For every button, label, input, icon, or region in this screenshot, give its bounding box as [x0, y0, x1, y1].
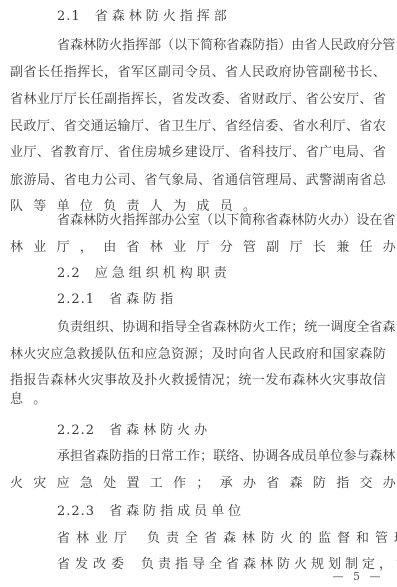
section-heading-2-2-1: 2.2.1省森防指: [57, 290, 386, 310]
paragraph-line: 旅游局、省电力公司、省气象局、省通信管理局、武警湖南省总: [10, 171, 386, 191]
paragraph-line: 火灾应急处置工作；承办省森防指交办的其他事项。: [10, 474, 386, 494]
section-title: 应急组织机构职责: [95, 266, 231, 281]
member-unit: 省发改委: [57, 557, 129, 572]
paragraph-line: 副省长任指挥长，省军区副司令员、省人民政府协管副秘书长、: [10, 63, 386, 83]
section-heading-2-1: 2.1省森林防火指挥部: [57, 7, 386, 27]
section-title: 省森防指成员单位: [109, 504, 245, 519]
section-number: 2.2.2: [57, 421, 95, 441]
paragraph-line: 息。: [10, 390, 386, 410]
paragraph-line: 林火灾应急救援队伍和应急资源；及时向省人民政府和国家森防: [10, 345, 386, 365]
paragraph-line: 负责组织、协调和指导全省森林防火工作；统一调度全省森: [57, 318, 386, 338]
paragraph-line: 省森林防火指挥部（以下简称省森防指）由省人民政府分管: [57, 36, 386, 56]
section-number: 2.2.1: [57, 290, 95, 310]
section-number: 2.2: [57, 264, 81, 284]
member-duty: 负责全省森林防火的监督和管理工作。: [147, 531, 397, 546]
section-title: 省森防指: [109, 292, 177, 307]
page-number: — 5 —: [328, 569, 388, 585]
member-unit-line: 省林业厅负责全省森林防火的监督和管理工作。: [57, 529, 386, 549]
member-unit: 省林业厅: [57, 531, 133, 546]
paragraph-line: 业厅、省教育厅、省住房城乡建设厅、省科技厅、省广电局、省: [10, 143, 386, 163]
section-number: 2.2.3: [57, 502, 95, 522]
section-heading-2-2-3: 2.2.3省森防指成员单位: [57, 502, 386, 522]
section-number: 2.1: [57, 7, 81, 27]
paragraph-line: 省森林防火指挥部办公室（以下简称省森林防火办）设在省: [57, 211, 386, 231]
section-heading-2-2-2: 2.2.2省森林防火办: [57, 421, 386, 441]
section-heading-2-2: 2.2应急组织机构职责: [57, 264, 386, 284]
paragraph-line: 承担省森防指的日常工作；联络、协调各成员单位参与森林: [57, 447, 386, 467]
section-title: 省森林防火办: [109, 423, 211, 438]
paragraph-line: 民政厅、省交通运输厅、省卫生厅、省经信委、省水利厅、省农: [10, 117, 386, 137]
paragraph-line: 省林业厅厅长任副指挥长，省发改委、省财政厅、省公安厅、省: [10, 90, 386, 110]
paragraph-line: 指报告森林火灾事故及扑火救援情况；统一发布森林火灾事故信: [10, 371, 386, 391]
paragraph-line: 林业厅，由省林业厅分管副厅长兼任办公室主任。: [10, 238, 386, 258]
section-title: 省森林防火指挥部: [95, 9, 231, 24]
